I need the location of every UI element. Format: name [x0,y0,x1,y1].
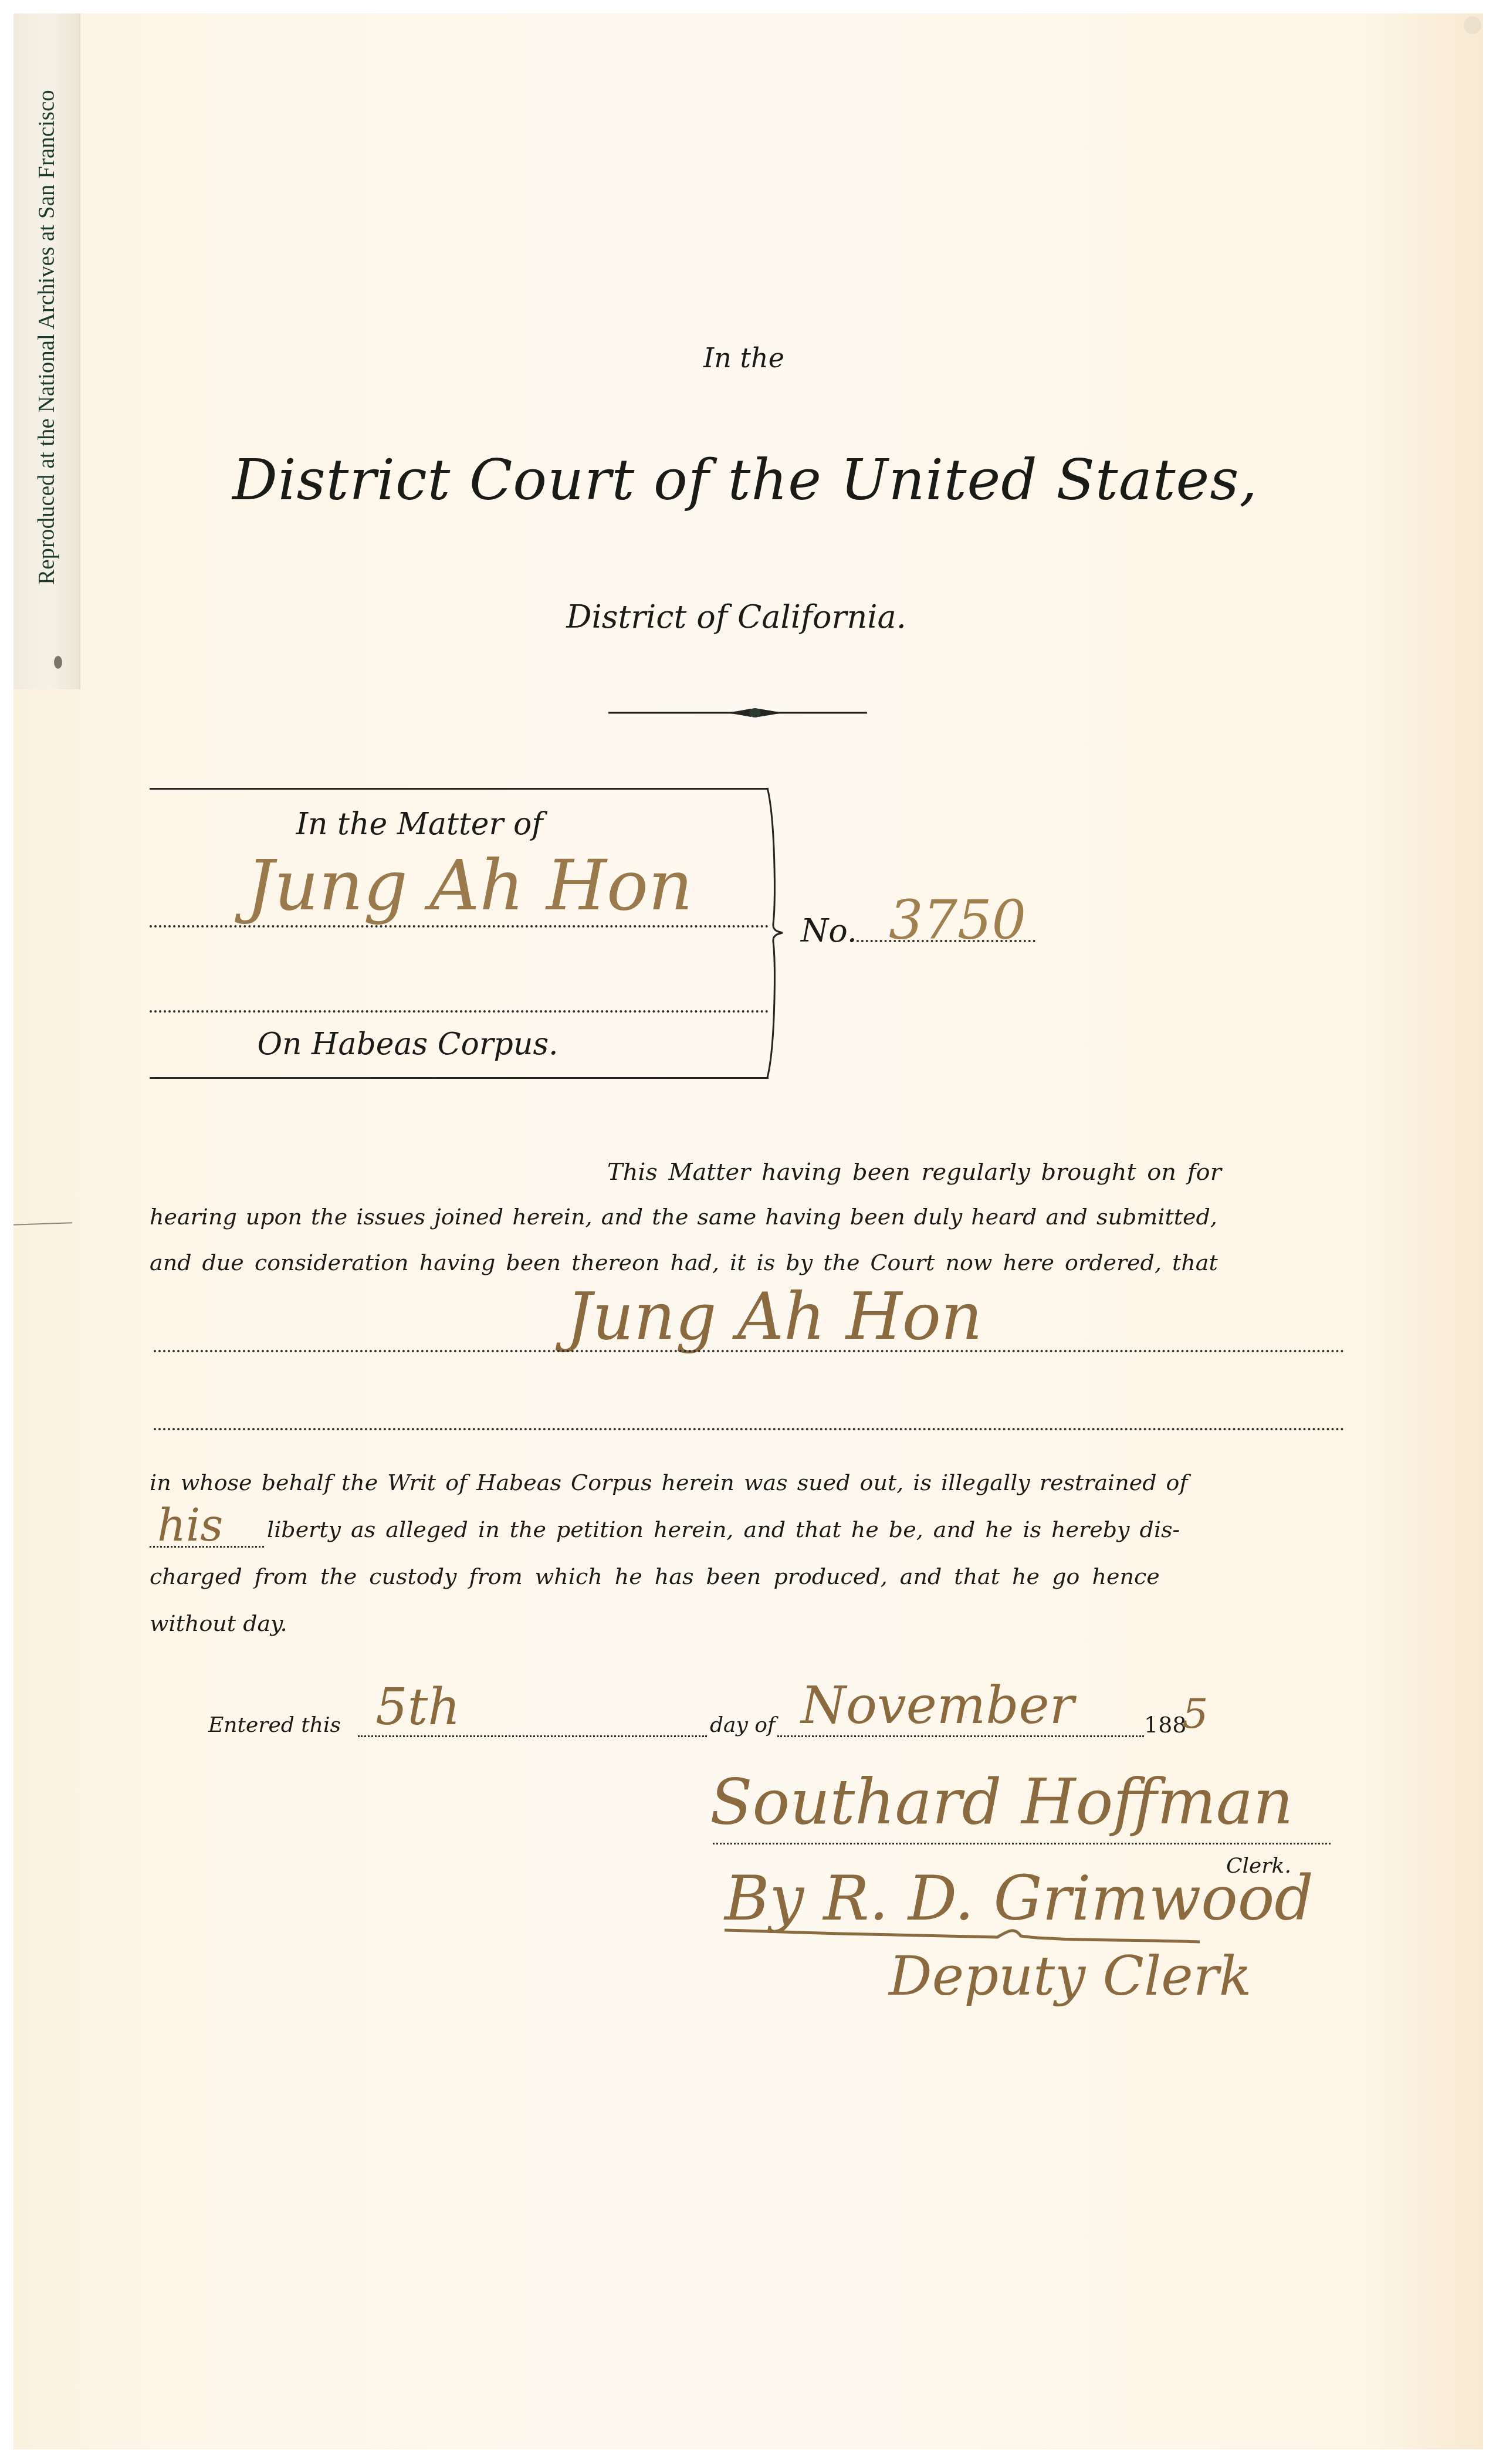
court-title: District Court of the United States, [232,447,1258,513]
proceeding-label: On Habeas Corpus. [257,1027,558,1062]
day-of-label: day of [710,1713,775,1737]
year-suffix-handwritten: 5 [1182,1690,1209,1738]
body-line-6: charged from the custody from which he h… [150,1563,1160,1589]
year-prefix: 188 [1144,1712,1187,1738]
body-line-4: in whose behalf the Writ of Habeas Corpu… [150,1470,1188,1495]
caption-dotted-line-1 [150,925,769,928]
day-handwritten: 5th [375,1678,461,1737]
month-dotted-line [777,1735,1144,1737]
body-line-7: without day. [150,1610,287,1636]
corner-stain [1464,16,1481,34]
case-number-handwritten: 3750 [889,889,1026,952]
divider-ornament-icon [607,704,868,722]
body-line-2: hearing upon the issues joined herein, a… [150,1204,1217,1230]
month-handwritten: November [801,1675,1074,1735]
deputy-clerk-title-handwritten: Deputy Clerk [889,1945,1252,2008]
matter-label: In the Matter of [296,807,543,842]
case-number-label: No. [801,912,857,949]
header-preamble: In the [703,342,784,374]
body-dotted-line-2 [154,1428,1345,1430]
body-line-1: This Matter having been regularly brough… [607,1159,1221,1186]
caption-bottom-rule [150,1077,769,1079]
document-paper [13,13,1483,2449]
signature-flourish-icon [722,1918,1203,1948]
archive-stamp: Reproduced at the National Archives at S… [33,90,60,585]
tape-tear-mark [54,656,62,669]
petitioner-name-handwritten: Jung Ah Hon [246,845,693,926]
right-brace-icon [763,786,789,1079]
caption-top-rule [150,788,769,790]
clerk-signature-line [713,1843,1331,1844]
pronoun-dotted-line [150,1546,264,1548]
entered-label: Entered this [208,1713,341,1737]
body-line-5: liberty as alleged in the petition herei… [267,1517,1180,1542]
body-line-3: and due consideration having been thereo… [150,1250,1218,1275]
clerk-signature: Southard Hoffman [710,1766,1293,1838]
pronoun-handwritten: his [157,1499,223,1551]
district-subtitle: District of California. [566,598,906,635]
caption-dotted-line-2 [150,1010,769,1013]
petitioner-name-body-handwritten: Jung Ah Hon [566,1279,982,1354]
body-dotted-line-1 [154,1350,1345,1352]
